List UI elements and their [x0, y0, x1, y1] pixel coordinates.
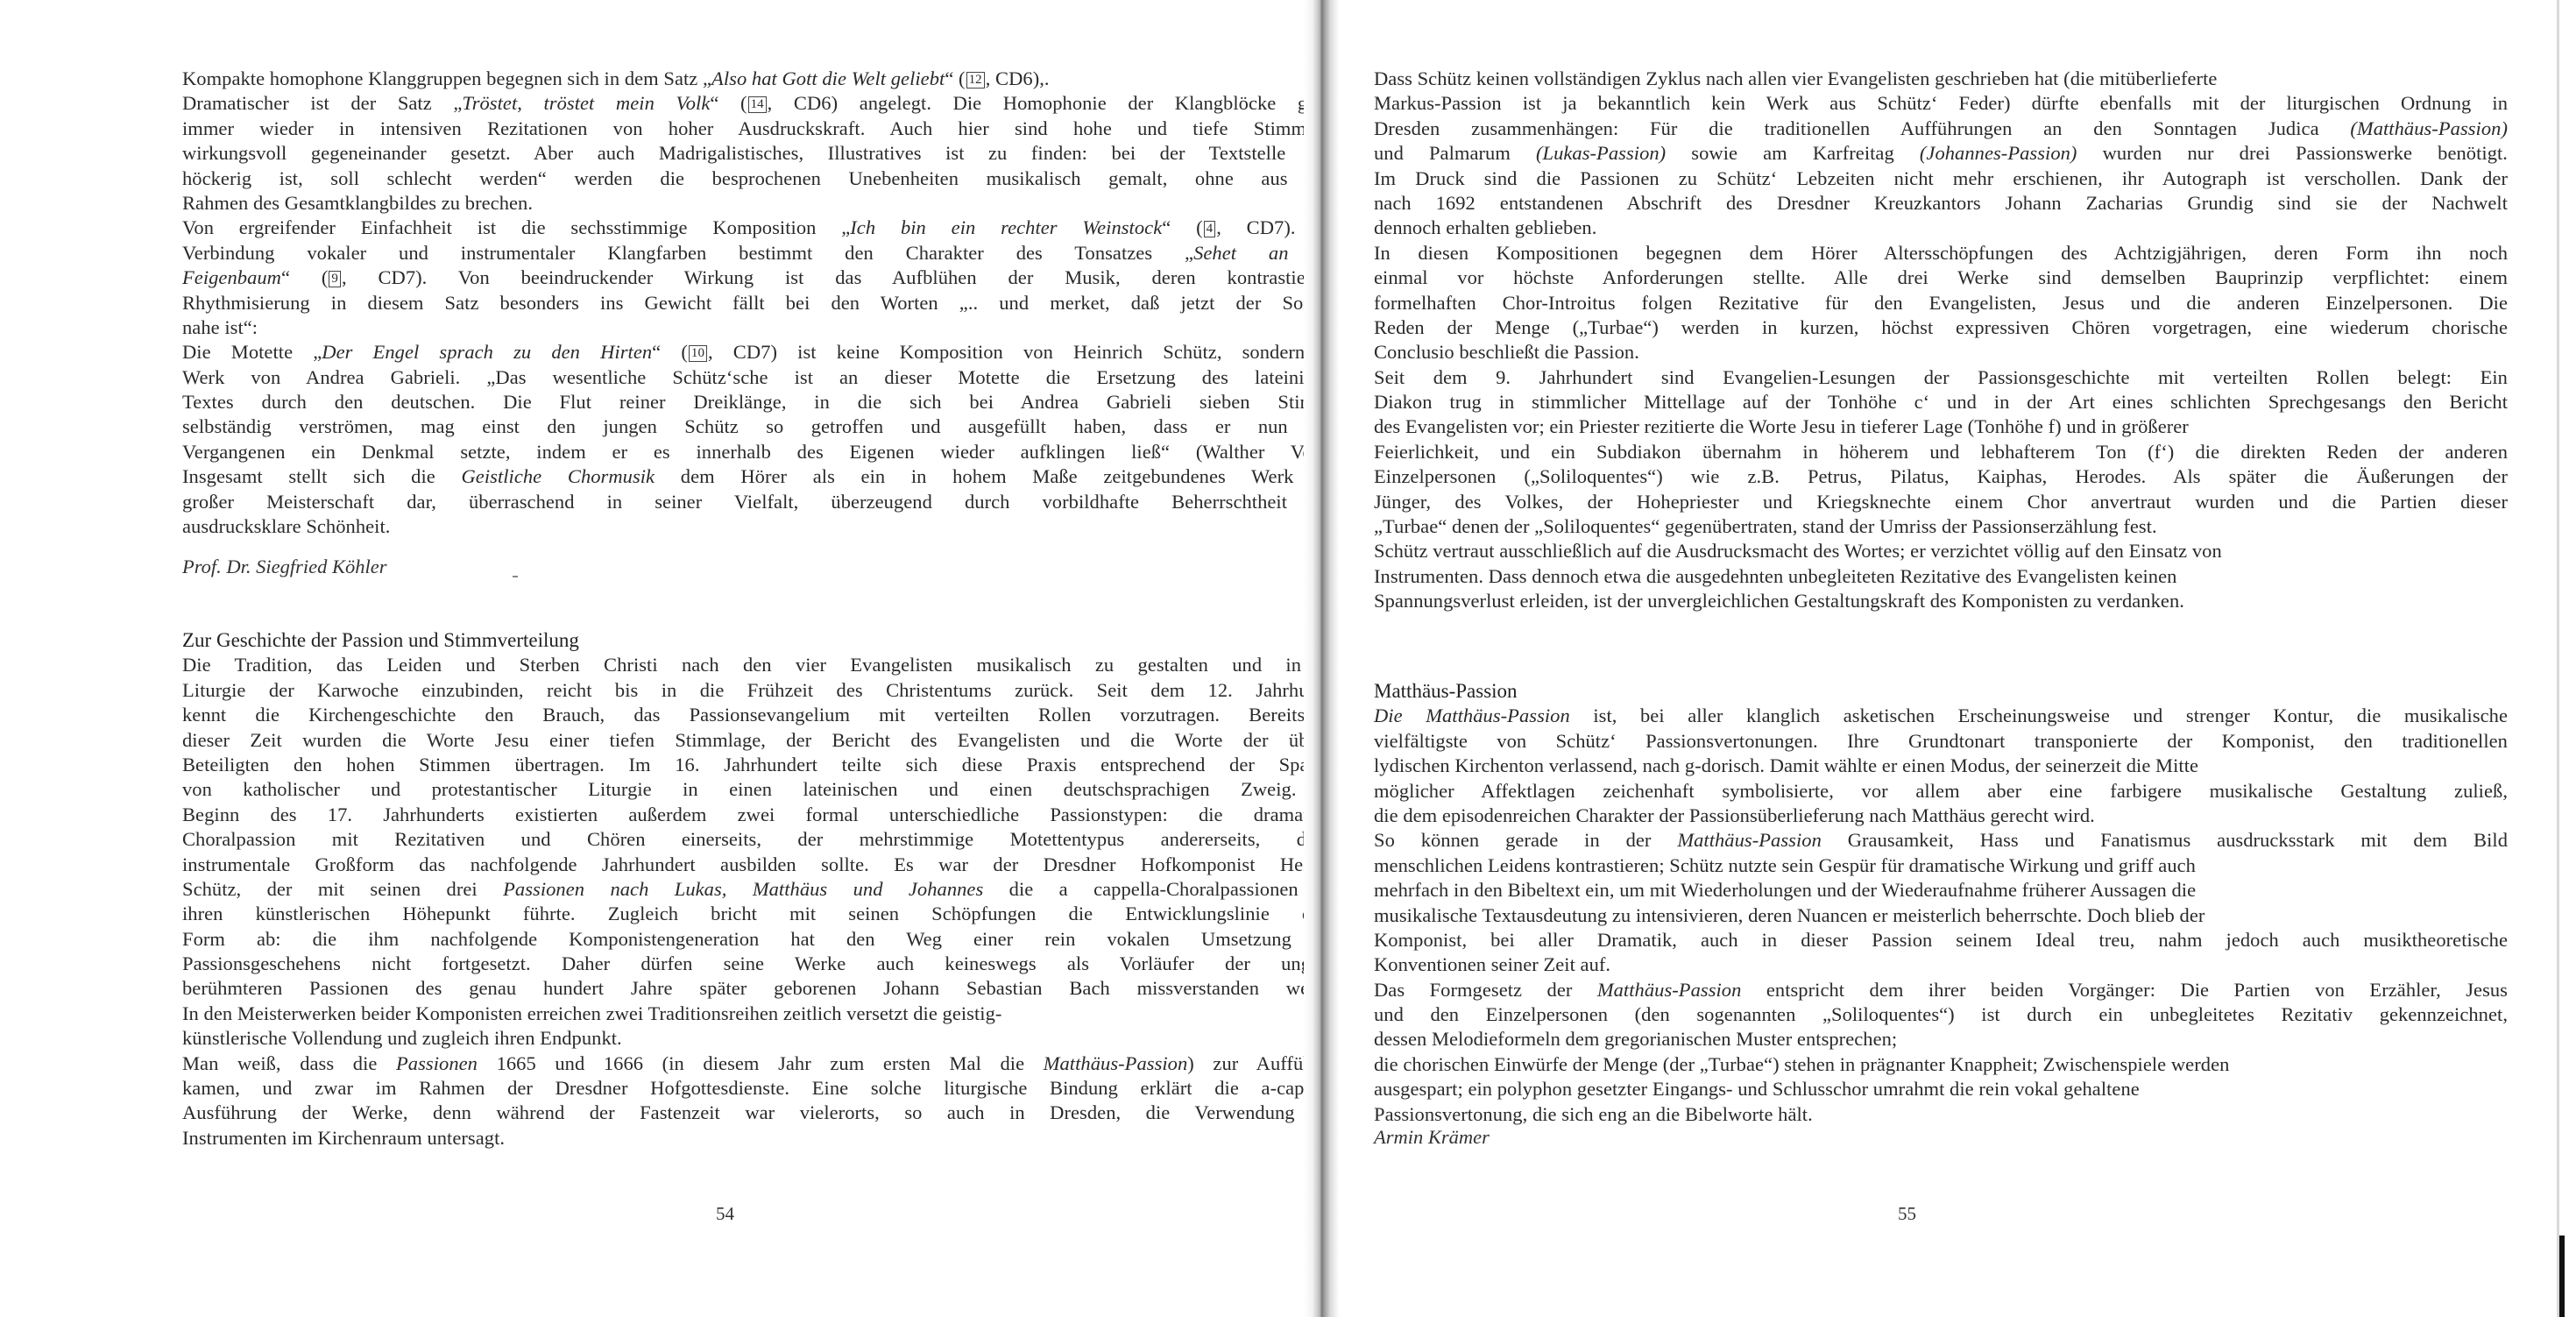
right-signature: Armin Krämer: [1374, 1124, 1490, 1151]
text-run: großer Meisterschaft dar, überraschend i…: [182, 491, 1349, 513]
italic-title: Matthäus-Passion: [1597, 979, 1742, 1001]
text-line: selbständig verströmen, mag einst den ju…: [182, 414, 1349, 439]
text-run: Einzelpersonen („Soliloquentes“) wie z.B…: [1374, 465, 2508, 487]
page-number: 54: [716, 1203, 734, 1225]
text-run: “ (: [1162, 216, 1202, 238]
page-number: 55: [1898, 1203, 1916, 1225]
text-line: Instrumenten im Kirchenraum untersagt.: [182, 1126, 1349, 1151]
text-line: lydischen Kirchenton verlassend, nach g-…: [1374, 754, 2508, 778]
text-run: “ (: [945, 67, 965, 89]
text-line: So können gerade in der Matthäus-Passion…: [1374, 828, 2508, 853]
text-line: menschlichen Leidens kontrastieren; Schü…: [1374, 853, 2508, 878]
italic-title: (Matthäus-Passion): [2350, 117, 2508, 139]
text-line: Passionsgeschehens nicht fortgesetzt. Da…: [182, 952, 1349, 976]
section-body: Die Matthäus-Passion ist, bei aller klan…: [1374, 704, 2508, 1127]
text-line: die chorischen Einwürfe der Menge (der „…: [1374, 1052, 2508, 1077]
text-line: und Palmarum (Lukas-Passion) sowie am Ka…: [1374, 141, 2508, 166]
text-line: Insgesamt stellt sich die Geistliche Cho…: [182, 464, 1349, 489]
text-line: Dramatischer ist der Satz „Tröstet, trös…: [182, 91, 1349, 116]
text-run: lydischen Kirchenton verlassend, nach g-…: [1374, 754, 2198, 776]
text-run: Instrumenten im Kirchenraum untersagt.: [182, 1127, 505, 1149]
text-run: dessen Melodieformeln dem gregorianische…: [1374, 1028, 1897, 1050]
text-line: und den Einzelpersonen (den sogenannten …: [1374, 1002, 2508, 1027]
text-run: Die Tradition, das Leiden und Sterben Ch…: [182, 654, 1349, 676]
text-line: dennoch erhalten geblieben.: [1374, 216, 2508, 240]
italic-title: Passionen nach Lukas, Matthäus und Johan…: [503, 878, 983, 900]
text-line: Schütz, der mit seinen drei Passionen na…: [182, 877, 1349, 902]
text-run: Diakon trug in stimmlicher Mittellage au…: [1374, 391, 2508, 413]
text-run: In den Meisterwerken beider Komponisten …: [182, 1002, 1001, 1024]
text-line: Jünger, des Volkes, der Hohepriester und…: [1374, 490, 2508, 514]
text-run: immer wieder in intensiven Rezitationen …: [182, 117, 1349, 139]
text-run: mehrfach in den Bibeltext ein, um mit Wi…: [1374, 879, 2196, 901]
text-run: , CD6),.: [986, 67, 1050, 89]
text-run: höckerig ist, soll schlecht werden“ werd…: [182, 167, 1349, 189]
text-line: Verbindung vokaler und instrumentaler Kl…: [182, 241, 1349, 266]
text-run: Rahmen des Gesamtklangbildes zu brechen.: [182, 192, 533, 214]
italic-title: Matthäus-Passion: [1677, 829, 1822, 851]
text-run: „Turbae“ denen der „Soliloquentes“ gegen…: [1374, 515, 2157, 537]
text-run: dieser Zeit wurden die Worte Jesu einer …: [182, 729, 1349, 751]
text-line: Dresden zusammenhängen: Für die traditio…: [1374, 117, 2508, 141]
text-run: , CD7). Von beeindruckender Wirkung ist …: [342, 266, 1349, 288]
text-line: Die Motette „Der Engel sprach zu den Hir…: [182, 340, 1349, 365]
section-matthaeus: Matthäus-Passion Die Matthäus-Passion is…: [1374, 679, 2508, 1127]
text-run: wurden nur drei Passionswerke benötigt.: [2077, 142, 2508, 164]
text-run: musikalische Textausdeutung zu intensivi…: [1374, 904, 2204, 926]
text-run: Passionsgeschehens nicht fortgesetzt. Da…: [182, 952, 1349, 974]
text-line: kamen, und zwar im Rahmen der Dresdner H…: [182, 1076, 1349, 1101]
text-run: , CD7) ist keine Komposition von Heinric…: [708, 341, 1349, 363]
text-run: Instrumenten. Dass dennoch etwa die ausg…: [1374, 565, 2176, 587]
text-line: Rhythmisierung in diesem Satz besonders …: [182, 291, 1349, 315]
text-line: Kompakte homophone Klanggruppen begegnen…: [182, 67, 1349, 91]
passion-history-text: Dass Schütz keinen vollständigen Zyklus …: [1374, 67, 2508, 614]
text-run: Vergangenen ein Denkmal setzte, indem er…: [182, 441, 1349, 463]
text-run: Liturgie der Karwoche einzubinden, reich…: [182, 679, 1349, 701]
section-body: Die Tradition, das Leiden und Sterben Ch…: [182, 653, 1349, 1151]
track-number-box: 12: [966, 72, 985, 89]
text-line: ausgespart; ein polyphon gesetzter Einga…: [1374, 1077, 2508, 1101]
text-line: Man weiß, dass die Passionen 1665 und 16…: [182, 1051, 1349, 1076]
text-line: immer wieder in intensiven Rezitationen …: [182, 117, 1349, 141]
italic-title: Matthäus-Passion: [1044, 1052, 1188, 1074]
italic-title: Feigenbaum: [182, 266, 281, 288]
text-run: Seit dem 9. Jahrhundert sind Evangelien-…: [1374, 366, 2508, 388]
italic-title: (Lukas-Passion): [1536, 142, 1666, 164]
text-run: “ (: [652, 341, 688, 363]
intro-signature: Prof. Dr. Siegfried Köhler: [182, 554, 387, 580]
text-run: Reden der Menge („Turbae“) werden in kur…: [1374, 316, 2508, 338]
track-number-box: 4: [1204, 221, 1216, 237]
text-run: sowie am Karfreitag: [1666, 142, 1920, 164]
text-line: Feierlichkeit, und ein Subdiakon übernah…: [1374, 440, 2508, 464]
text-line: ausdrucksklare Schönheit.: [182, 514, 1349, 539]
text-line: In diesen Kompositionen begegnen dem Hör…: [1374, 241, 2508, 266]
text-line: mehrfach in den Bibeltext ein, um mit Wi…: [1374, 878, 2508, 903]
text-run: des Evangelisten vor; ein Priester rezit…: [1374, 415, 2189, 437]
text-line: nach 1692 entstandenen Abschrift des Dre…: [1374, 191, 2508, 216]
text-run: Das Formgesetz der: [1374, 979, 1597, 1001]
italic-title: (Johannes-Passion): [1920, 142, 2077, 164]
text-line: Form ab: die ihm nachfolgende Komponiste…: [182, 927, 1349, 952]
text-line: ihren künstlerischen Höhepunkt führte. Z…: [182, 902, 1349, 926]
text-run: ausdrucksklare Schönheit.: [182, 515, 390, 537]
text-line: höckerig ist, soll schlecht werden“ werd…: [182, 166, 1349, 191]
text-line: Schütz vertraut ausschließlich auf die A…: [1374, 539, 2508, 563]
text-line: Beginn des 17. Jahrhunderts existierten …: [182, 803, 1349, 827]
text-run: Markus-Passion ist ja bekanntlich kein W…: [1374, 92, 2508, 114]
text-line: Werk von Andrea Gabrieli. „Das wesentlic…: [182, 365, 1349, 390]
text-run: Werk von Andrea Gabrieli. „Das wesentlic…: [182, 366, 1349, 388]
scan-mark: [513, 576, 518, 577]
text-line: Beteiligten den hohen Stimmen übertragen…: [182, 753, 1349, 777]
text-run: und Palmarum: [1374, 142, 1536, 164]
text-line: nahe ist“:: [182, 315, 1349, 340]
text-line: Die Tradition, das Leiden und Sterben Ch…: [182, 653, 1349, 677]
text-run: ist, bei aller klanglich asketischen Ers…: [1570, 705, 2508, 726]
text-line: großer Meisterschaft dar, überraschend i…: [182, 490, 1349, 514]
text-line: Diakon trug in stimmlicher Mittellage au…: [1374, 390, 2508, 414]
text-run: vielfältigste von Schütz‘ Passionsverton…: [1374, 730, 2508, 752]
italic-title: Geistliche Chormusik: [462, 465, 655, 487]
scan-border: [2559, 1236, 2565, 1317]
text-line: formelhaften Chor-Introitus folgen Rezit…: [1374, 291, 2508, 315]
text-run: Im Druck sind die Passionen zu Schütz‘ L…: [1374, 167, 2508, 189]
text-run: von katholischer und protestantischer Li…: [182, 778, 1349, 800]
book-gutter: [1304, 0, 1339, 1317]
text-line: Passionsvertonung, die sich eng an die B…: [1374, 1102, 2508, 1127]
text-run: die dem episodenreichen Charakter der Pa…: [1374, 804, 2095, 826]
text-run: berühmteren Passionen des genau hundert …: [182, 977, 1349, 999]
author-signature: Prof. Dr. Siegfried Köhler: [182, 556, 387, 577]
text-run: wirkungsvoll gegeneinander gesetzt. Aber…: [182, 142, 1349, 164]
text-run: Konventionen seiner Zeit auf.: [1374, 953, 1610, 975]
text-line: Im Druck sind die Passionen zu Schütz‘ L…: [1374, 166, 2508, 191]
text-run: Rhythmisierung in diesem Satz besonders …: [182, 292, 1349, 314]
text-line: Textes durch den deutschen. Die Flut rei…: [182, 390, 1349, 414]
text-line: die dem episodenreichen Charakter der Pa…: [1374, 804, 2508, 828]
italic-title: Die: [1374, 705, 1426, 726]
text-run: Von ergreifender Einfachheit ist die sec…: [182, 216, 850, 238]
text-run: Passionsvertonung, die sich eng an die B…: [1374, 1103, 1813, 1125]
text-run: Spannungsverlust erleiden, ist der unver…: [1374, 590, 2184, 612]
italic-title: Passionen: [396, 1052, 478, 1074]
text-run: Dresden zusammenhängen: Für die traditio…: [1374, 117, 2350, 139]
text-run: instrumentale Großform das nachfolgende …: [182, 853, 1349, 875]
italic-title: Matthäus-Passion: [1426, 705, 1570, 726]
section-heading: Matthäus-Passion: [1374, 679, 2508, 704]
text-line: musikalische Textausdeutung zu intensivi…: [1374, 903, 2508, 928]
text-run: einmal vor höchste Anforderungen stellte…: [1374, 266, 2508, 288]
text-line: Markus-Passion ist ja bekanntlich kein W…: [1374, 91, 2508, 116]
text-line: einmal vor höchste Anforderungen stellte…: [1374, 266, 2508, 290]
text-line: Konventionen seiner Zeit auf.: [1374, 952, 2508, 977]
text-run: nahe ist“:: [182, 316, 258, 338]
intro-text-block: Kompakte homophone Klanggruppen begegnen…: [182, 67, 1349, 539]
text-line: Einzelpersonen („Soliloquentes“) wie z.B…: [1374, 464, 2508, 489]
text-line: Seit dem 9. Jahrhundert sind Evangelien-…: [1374, 365, 2508, 390]
text-line: des Evangelisten vor; ein Priester rezit…: [1374, 414, 2508, 439]
text-run: und den Einzelpersonen (den sogenannten …: [1374, 1003, 2508, 1025]
text-line: In den Meisterwerken beider Komponisten …: [182, 1002, 1349, 1026]
track-number-box: 9: [329, 271, 341, 287]
section-history: Zur Geschichte der Passion und Stimmvert…: [182, 628, 1349, 1151]
track-number-box: 14: [748, 96, 767, 113]
track-number-box: 10: [689, 345, 707, 362]
text-run: dem Hörer als ein in hohem Maße zeitgebu…: [655, 465, 1349, 487]
text-run: Verbindung vokaler und instrumentaler Kl…: [182, 242, 1193, 264]
text-run: Die Motette „: [182, 341, 322, 363]
author-signature: Armin Krämer: [1374, 1126, 1490, 1148]
text-run: Schütz, der mit seinen drei: [182, 878, 503, 900]
section-heading: Zur Geschichte der Passion und Stimmvert…: [182, 628, 1349, 653]
text-run: Komponist, bei aller Dramatik, auch in d…: [1374, 929, 2508, 951]
text-run: möglicher Affektlagen zeichenhaft symbol…: [1374, 780, 2508, 802]
text-run: künstlerische Vollendung und zugleich ih…: [182, 1027, 622, 1049]
italic-title: Ich bin ein rechter Weinstock: [850, 216, 1162, 238]
text-line: Von ergreifender Einfachheit ist die sec…: [182, 216, 1349, 240]
text-run: Dramatischer ist der Satz „: [182, 92, 462, 114]
text-line: Dass Schütz keinen vollständigen Zyklus …: [1374, 67, 2508, 91]
text-line: vielfältigste von Schütz‘ Passionsverton…: [1374, 729, 2508, 754]
text-run: In diesen Kompositionen begegnen dem Hör…: [1374, 242, 2508, 264]
text-run: die chorischen Einwürfe der Menge (der „…: [1374, 1053, 2229, 1075]
text-run: menschlichen Leidens kontrastieren; Schü…: [1374, 854, 2196, 876]
text-run: selbständig verströmen, mag einst den ju…: [182, 415, 1349, 437]
text-run: die a cappella-Choralpassionen auf: [983, 878, 1349, 900]
page-edge: [2557, 0, 2559, 1317]
text-run: Kompakte homophone Klanggruppen begegnen…: [182, 67, 711, 89]
text-run: Jünger, des Volkes, der Hohepriester und…: [1374, 491, 2508, 513]
italic-title: Tröstet, tröstet mein Volk: [462, 92, 710, 114]
text-line: Choralpassion mit Rezitativen und Chören…: [182, 827, 1349, 852]
text-run: entspricht dem ihrer beiden Vorgänger: D…: [1741, 979, 2508, 1001]
text-run: dennoch erhalten geblieben.: [1374, 216, 1596, 238]
text-run: Schütz vertraut ausschließlich auf die A…: [1374, 540, 2222, 562]
text-line: berühmteren Passionen des genau hundert …: [182, 976, 1349, 1001]
text-run: “ (: [281, 266, 328, 288]
text-run: So können gerade in der: [1374, 829, 1677, 851]
italic-title: Der Engel sprach zu den Hirten: [322, 341, 652, 363]
text-run: Ausführung der Werke, denn während der F…: [182, 1101, 1349, 1123]
text-line: Conclusio beschließt die Passion.: [1374, 340, 2508, 365]
text-line: Instrumenten. Dass dennoch etwa die ausg…: [1374, 564, 2508, 589]
text-line: Reden der Menge („Turbae“) werden in kur…: [1374, 315, 2508, 340]
text-line: von katholischer und protestantischer Li…: [182, 777, 1349, 802]
text-run: , CD6) angelegt. Die Homophonie der Klan…: [768, 92, 1349, 114]
right-page: Dass Schütz keinen vollständigen Zyklus …: [1319, 0, 2576, 1317]
text-line: möglicher Affektlagen zeichenhaft symbol…: [1374, 779, 2508, 804]
text-line: Liturgie der Karwoche einzubinden, reich…: [182, 678, 1349, 703]
text-run: formelhaften Chor-Introitus folgen Rezit…: [1374, 292, 2508, 314]
text-line: kennt die Kirchengeschichte den Brauch, …: [182, 703, 1349, 727]
text-run: Beginn des 17. Jahrhunderts existierten …: [182, 804, 1349, 825]
text-run: ausgespart; ein polyphon gesetzter Einga…: [1374, 1078, 2140, 1100]
text-line: Rahmen des Gesamtklangbildes zu brechen.: [182, 191, 1349, 216]
text-run: Form ab: die ihm nachfolgende Komponiste…: [182, 928, 1349, 950]
text-run: Choralpassion mit Rezitativen und Chören…: [182, 828, 1349, 850]
text-run: ihren künstlerischen Höhepunkt führte. Z…: [182, 903, 1349, 924]
text-line: wirkungsvoll gegeneinander gesetzt. Aber…: [182, 141, 1349, 166]
text-line: Vergangenen ein Denkmal setzte, indem er…: [182, 440, 1349, 464]
italic-title: Also hat Gott die Welt geliebt: [711, 67, 945, 89]
text-run: Conclusio beschließt die Passion.: [1374, 341, 1639, 363]
text-run: nach 1692 entstandenen Abschrift des Dre…: [1374, 192, 2508, 214]
text-line: Das Formgesetz der Matthäus-Passion ents…: [1374, 978, 2508, 1002]
text-line: Komponist, bei aller Dramatik, auch in d…: [1374, 928, 2508, 952]
text-run: Insgesamt stellt sich die: [182, 465, 462, 487]
left-page: Kompakte homophone Klanggruppen begegnen…: [0, 0, 1319, 1317]
text-line: „Turbae“ denen der „Soliloquentes“ gegen…: [1374, 514, 2508, 539]
text-run: Dass Schütz keinen vollständigen Zyklus …: [1374, 67, 2217, 89]
text-run: kennt die Kirchengeschichte den Brauch, …: [182, 704, 1349, 726]
text-run: Man weiß, dass die: [182, 1052, 396, 1074]
text-line: Feigenbaum“ (9, CD7). Von beeindruckende…: [182, 266, 1349, 290]
text-line: Spannungsverlust erleiden, ist der unver…: [1374, 589, 2508, 613]
text-run: Grausamkeit, Hass und Fanatismus ausdruc…: [1822, 829, 2508, 851]
text-line: dessen Melodieformeln dem gregorianische…: [1374, 1027, 2508, 1051]
text-line: Ausführung der Werke, denn während der F…: [182, 1101, 1349, 1125]
text-line: Die Matthäus-Passion ist, bei aller klan…: [1374, 704, 2508, 728]
text-line: dieser Zeit wurden die Worte Jesu einer …: [182, 728, 1349, 753]
text-line: instrumentale Großform das nachfolgende …: [182, 853, 1349, 877]
text-line: künstlerische Vollendung und zugleich ih…: [182, 1026, 1349, 1051]
text-run: kamen, und zwar im Rahmen der Dresdner H…: [182, 1077, 1349, 1099]
text-run: “ (: [710, 92, 747, 114]
text-run: Beteiligten den hohen Stimmen übertragen…: [182, 754, 1349, 775]
text-run: 1665 und 1666 (in diesem Jahr zum ersten…: [478, 1052, 1044, 1074]
text-run: Feierlichkeit, und ein Subdiakon übernah…: [1374, 441, 2508, 463]
text-run: Textes durch den deutschen. Die Flut rei…: [182, 391, 1349, 413]
